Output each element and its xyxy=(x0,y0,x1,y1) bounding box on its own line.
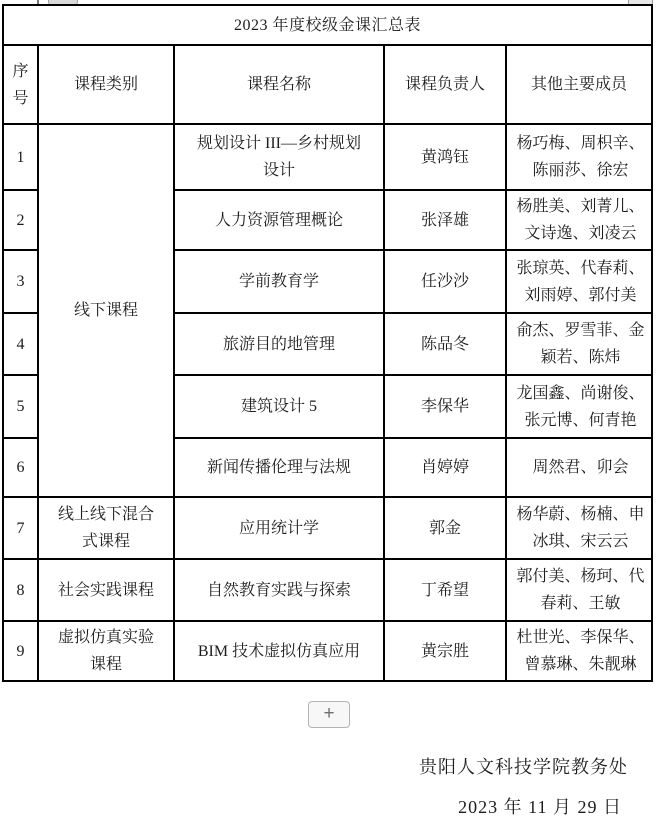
table-header-row: 序号 课程类别 课程名称 课程负责人 其他主要成员 xyxy=(3,45,652,124)
footer-issuer: 贵阳人文科技学院教务处 xyxy=(419,753,628,779)
members-cell: 俞杰、罗雪菲、金颖若、陈炜 xyxy=(506,313,652,375)
header-category: 课程类别 xyxy=(38,45,174,124)
course-name-cell: 应用统计学 xyxy=(174,497,384,559)
table-title: 2023 年度校级金课汇总表 xyxy=(3,5,652,45)
index-cell: 4 xyxy=(3,313,38,375)
course-name-cell: 规划设计 III—乡村规划设计 xyxy=(174,124,384,190)
table-row: 7 线上线下混合式课程 应用统计学 郭金 杨华蔚、杨楠、申冰琪、宋云云 xyxy=(3,497,652,559)
members-cell: 郭付美、杨珂、代春莉、王敏 xyxy=(506,559,652,621)
category-cell-blended: 线上线下混合式课程 xyxy=(38,497,174,559)
leader-cell: 陈品冬 xyxy=(384,313,506,375)
footer-date: 2023 年 11 月 29 日 xyxy=(458,793,622,819)
index-cell: 5 xyxy=(3,375,38,438)
members-cell: 杨华蔚、杨楠、申冰琪、宋云云 xyxy=(506,497,652,559)
header-leader: 课程负责人 xyxy=(384,45,506,124)
leader-cell: 黄宗胜 xyxy=(384,621,506,681)
course-name-cell: 人力资源管理概论 xyxy=(174,190,384,250)
index-cell: 8 xyxy=(3,559,38,621)
course-name-cell: 自然教育实践与探索 xyxy=(174,559,384,621)
course-name-cell: BIM 技术虚拟仿真应用 xyxy=(174,621,384,681)
course-name-cell: 新闻传播伦理与法规 xyxy=(174,438,384,497)
gold-course-summary-table: 2023 年度校级金课汇总表 序号 课程类别 课程名称 课程负责人 其他主要成员… xyxy=(2,4,653,682)
members-cell: 杜世光、李保华、曾慕琳、朱靓琳 xyxy=(506,621,652,681)
course-name-cell: 学前教育学 xyxy=(174,250,384,313)
leader-cell: 李保华 xyxy=(384,375,506,438)
members-cell: 张琼英、代春莉、刘雨婷、郭付美 xyxy=(506,250,652,313)
leader-cell: 肖婷婷 xyxy=(384,438,506,497)
course-name-cell: 旅游目的地管理 xyxy=(174,313,384,375)
leader-cell: 丁希望 xyxy=(384,559,506,621)
index-cell: 1 xyxy=(3,124,38,190)
members-cell: 周然君、卯会 xyxy=(506,438,652,497)
index-cell: 3 xyxy=(3,250,38,313)
header-members: 其他主要成员 xyxy=(506,45,652,124)
index-cell: 6 xyxy=(3,438,38,497)
table-title-row: 2023 年度校级金课汇总表 xyxy=(3,5,652,45)
add-row-button[interactable]: + xyxy=(308,701,350,728)
leader-cell: 黄鸿钰 xyxy=(384,124,506,190)
header-index: 序号 xyxy=(3,45,38,124)
leader-cell: 张泽雄 xyxy=(384,190,506,250)
index-cell: 9 xyxy=(3,621,38,681)
header-course-name: 课程名称 xyxy=(174,45,384,124)
index-cell: 7 xyxy=(3,497,38,559)
category-cell-virtual-simulation: 虚拟仿真实验课程 xyxy=(38,621,174,681)
table-row: 1 线下课程 规划设计 III—乡村规划设计 黄鸿钰 杨巧梅、周枳辛、陈丽莎、徐… xyxy=(3,124,652,190)
table-row: 9 虚拟仿真实验课程 BIM 技术虚拟仿真应用 黄宗胜 杜世光、李保华、曾慕琳、… xyxy=(3,621,652,681)
leader-cell: 任沙沙 xyxy=(384,250,506,313)
category-cell-offline: 线下课程 xyxy=(38,124,174,497)
leader-cell: 郭金 xyxy=(384,497,506,559)
members-cell: 龙国鑫、尚谢俊、张元博、何青艳 xyxy=(506,375,652,438)
members-cell: 杨胜美、刘菁儿、文诗逸、刘凌云 xyxy=(506,190,652,250)
category-cell-social-practice: 社会实践课程 xyxy=(38,559,174,621)
course-name-cell: 建筑设计 5 xyxy=(174,375,384,438)
members-cell: 杨巧梅、周枳辛、陈丽莎、徐宏 xyxy=(506,124,652,190)
index-cell: 2 xyxy=(3,190,38,250)
table-row: 8 社会实践课程 自然教育实践与探索 丁希望 郭付美、杨珂、代春莉、王敏 xyxy=(3,559,652,621)
